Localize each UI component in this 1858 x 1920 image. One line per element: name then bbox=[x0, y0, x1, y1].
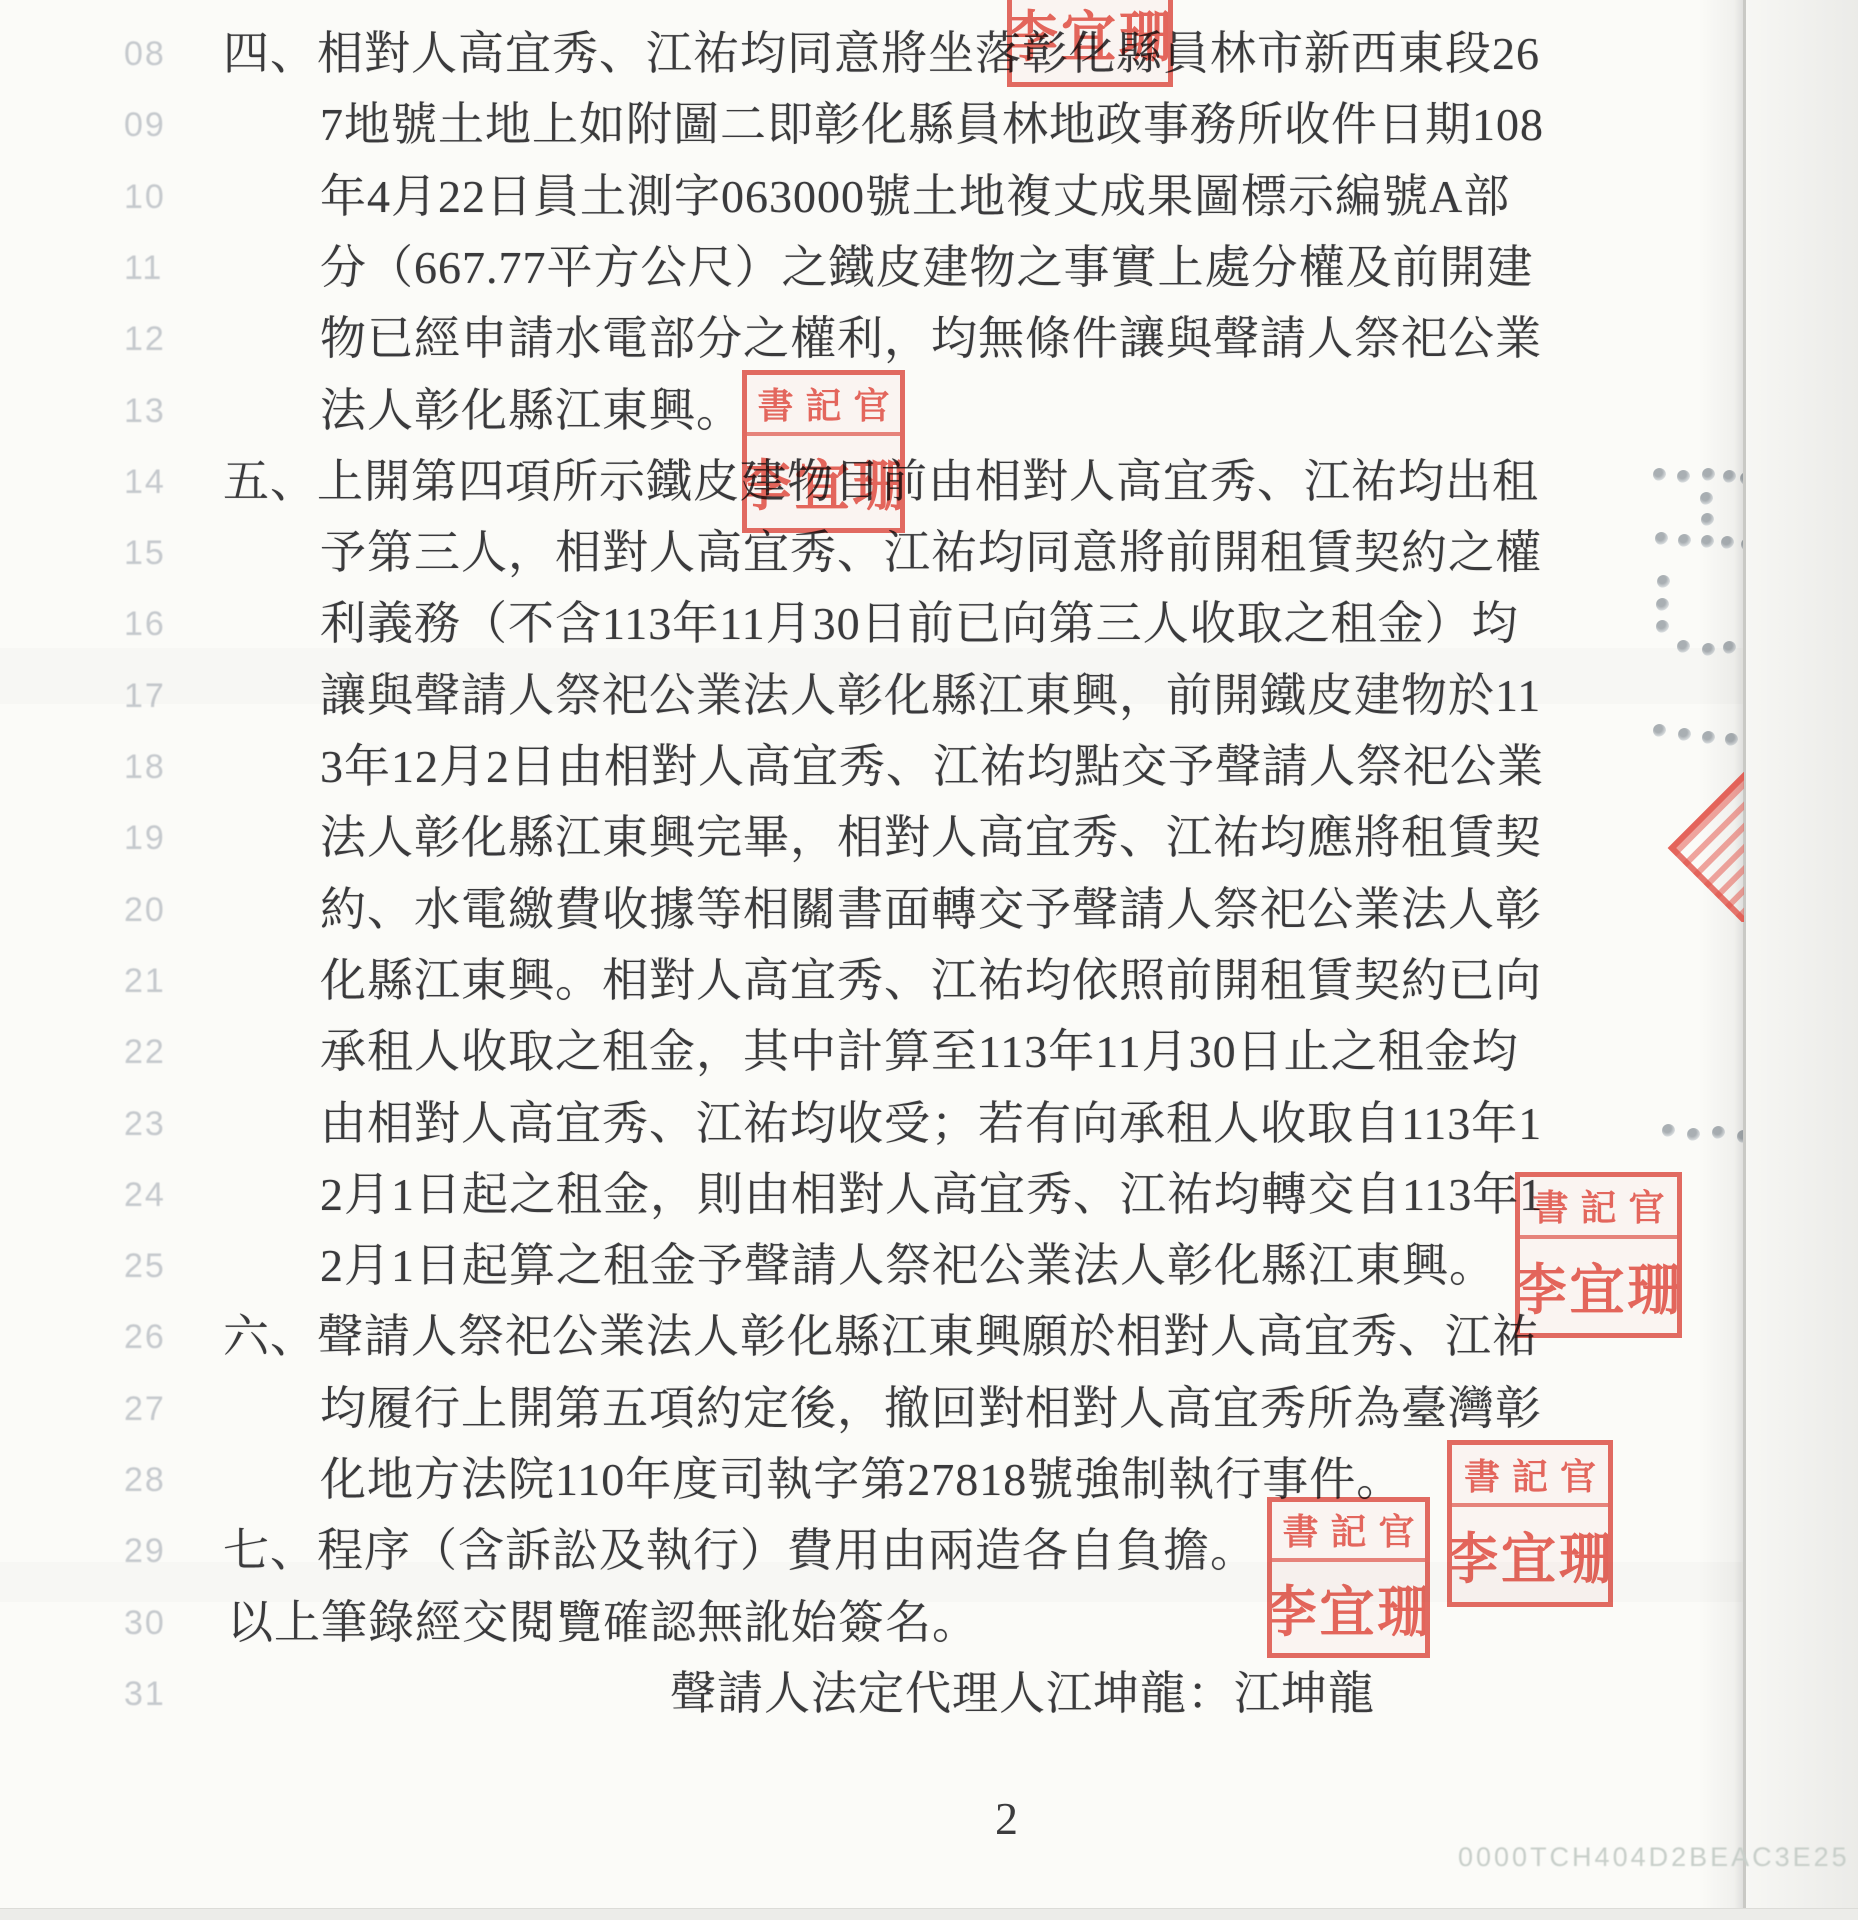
document-line: 約、水電繳費收據等相關書面轉交予聲請人祭祀公業法人彰 bbox=[320, 881, 1542, 939]
perforation-dot bbox=[1653, 468, 1666, 481]
line-number: 13 bbox=[124, 392, 166, 431]
line-number: 26 bbox=[124, 1318, 166, 1357]
perforation-dot bbox=[1653, 724, 1666, 737]
line-number: 12 bbox=[124, 320, 166, 359]
line-number: 10 bbox=[124, 178, 166, 217]
page-fold-line bbox=[1743, 0, 1746, 1920]
clerk-seal-stamp: 書記官李宜珊 bbox=[1447, 1440, 1613, 1607]
line-number: 22 bbox=[124, 1033, 166, 1072]
document-line: 化地方法院110年度司執字第27818號強制執行事件。 bbox=[320, 1451, 1403, 1509]
line-number: 27 bbox=[124, 1390, 166, 1429]
signature-line: 聲請人法定代理人江坤龍：江坤龍 bbox=[670, 1665, 1375, 1723]
seal-name-row: 李宜珊 bbox=[1520, 1239, 1677, 1333]
seal-name-row: 李宜珊 bbox=[1452, 1507, 1608, 1602]
line-number: 11 bbox=[124, 249, 163, 288]
scan-artifact-band bbox=[0, 648, 1743, 704]
perforation-dot bbox=[1662, 1124, 1675, 1137]
document-line: 由相對人高宜秀、江祐均收受；若有向承租人收取自113年1 bbox=[320, 1095, 1542, 1153]
line-number: 23 bbox=[124, 1105, 166, 1144]
seal-title-row: 書記官 bbox=[1452, 1445, 1608, 1507]
clerk-seal-stamp: 書記官李宜珊 bbox=[742, 370, 905, 533]
line-number: 31 bbox=[124, 1675, 166, 1714]
scanned-court-transcript-page: 0809101112131415161718192021222324252627… bbox=[0, 0, 1858, 1920]
document-line: 四、相對人高宜秀、江祐均同意將坐落彰化縣員林市新西東段26 bbox=[223, 25, 1540, 83]
document-line: 六、聲請人祭祀公業法人彰化縣江東興願於相對人高宜秀、江祐 bbox=[223, 1308, 1539, 1366]
stamp-fragment-icon bbox=[1668, 772, 1744, 922]
adjacent-page-edge bbox=[1746, 0, 1858, 1920]
line-number: 19 bbox=[124, 819, 166, 858]
perforation-dot bbox=[1656, 598, 1669, 611]
line-number: 20 bbox=[124, 891, 166, 930]
clerk-seal-stamp: 書記官李宜珊 bbox=[1267, 1497, 1430, 1658]
document-line: 7地號土地上如附圖二即彰化縣員林地政事務所收件日期108 bbox=[320, 96, 1544, 154]
document-line: 分（667.77平方公尺）之鐵皮建物之事實上處分權及前開建 bbox=[320, 239, 1534, 297]
seal-title-row: 書記官 bbox=[1272, 1502, 1425, 1562]
document-line: 2月1日起之租金，則由相對人高宜秀、江祐均轉交自113年1 bbox=[320, 1166, 1543, 1224]
rotated-stamp-fragment bbox=[1650, 772, 1744, 922]
line-number: 21 bbox=[124, 962, 166, 1001]
document-line: 均履行上開第五項約定後，撤回對相對人高宜秀所為臺灣彰 bbox=[320, 1380, 1542, 1438]
seal-name-row: 李宜珊 bbox=[1272, 1562, 1425, 1653]
document-line: 2月1日起算之租金予聲請人祭祀公業法人彰化縣江東興。 bbox=[320, 1237, 1496, 1295]
document-line: 予第三人，相對人高宜秀、江祐均同意將前開租賃契約之權 bbox=[320, 524, 1542, 582]
document-line: 年4月22日員土測字063000號土地複丈成果圖標示編號A部 bbox=[320, 168, 1510, 226]
document-line: 法人彰化縣江東興完畢，相對人高宜秀、江祐均應將租賃契 bbox=[320, 809, 1542, 867]
document-line: 以上筆錄經交閱覽確認無訛始簽名。 bbox=[227, 1594, 979, 1652]
document-line: 法人彰化縣江東興。 bbox=[320, 382, 743, 440]
scan-bottom-edge bbox=[0, 1908, 1858, 1920]
document-line: 3年12月2日由相對人高宜秀、江祐均點交予聲請人祭祀公業 bbox=[320, 738, 1544, 796]
seal-name-row: 李宜珊 bbox=[1012, 0, 1168, 82]
perforation-dot bbox=[1678, 534, 1691, 547]
seal-name-row: 李宜珊 bbox=[747, 436, 900, 528]
line-number: 25 bbox=[124, 1247, 166, 1286]
document-line: 承租人收取之租金，其中計算至113年11月30日止之租金均 bbox=[320, 1023, 1519, 1081]
perforation-dot bbox=[1677, 470, 1690, 483]
perforation-dot bbox=[1657, 575, 1670, 588]
document-line: 利義務（不含113年11月30日前已向第三人收取之租金）均 bbox=[320, 595, 1519, 653]
document-code: 0000TCH404D2BEAC3E25 bbox=[1458, 1842, 1850, 1873]
perforation-dot bbox=[1656, 620, 1669, 633]
line-number: 28 bbox=[124, 1461, 166, 1500]
page-fold-shadow bbox=[1698, 0, 1743, 1920]
line-number: 09 bbox=[124, 106, 166, 145]
line-number: 16 bbox=[124, 605, 166, 644]
clerk-seal-stamp: 書記官李宜珊 bbox=[1515, 1172, 1682, 1338]
seal-title-row: 書記官 bbox=[747, 375, 900, 436]
document-line: 物已經申請水電部分之權利，均無條件讓與聲請人祭祀公業 bbox=[320, 310, 1542, 368]
document-line: 化縣江東興。相對人高宜秀、江祐均依照前開租賃契約已向 bbox=[320, 952, 1542, 1010]
line-number: 24 bbox=[124, 1176, 166, 1215]
line-number: 08 bbox=[124, 35, 166, 74]
page-number: 2 bbox=[995, 1792, 1018, 1845]
seal-title-row: 書記官 bbox=[1520, 1177, 1677, 1239]
line-number: 14 bbox=[124, 463, 166, 502]
line-number: 30 bbox=[124, 1604, 166, 1643]
perforation-dot bbox=[1678, 728, 1691, 741]
perforation-dot bbox=[1655, 532, 1668, 545]
clerk-seal-stamp: 書記官李宜珊 bbox=[1007, 0, 1173, 87]
line-number: 15 bbox=[124, 534, 166, 573]
line-number: 18 bbox=[124, 748, 166, 787]
